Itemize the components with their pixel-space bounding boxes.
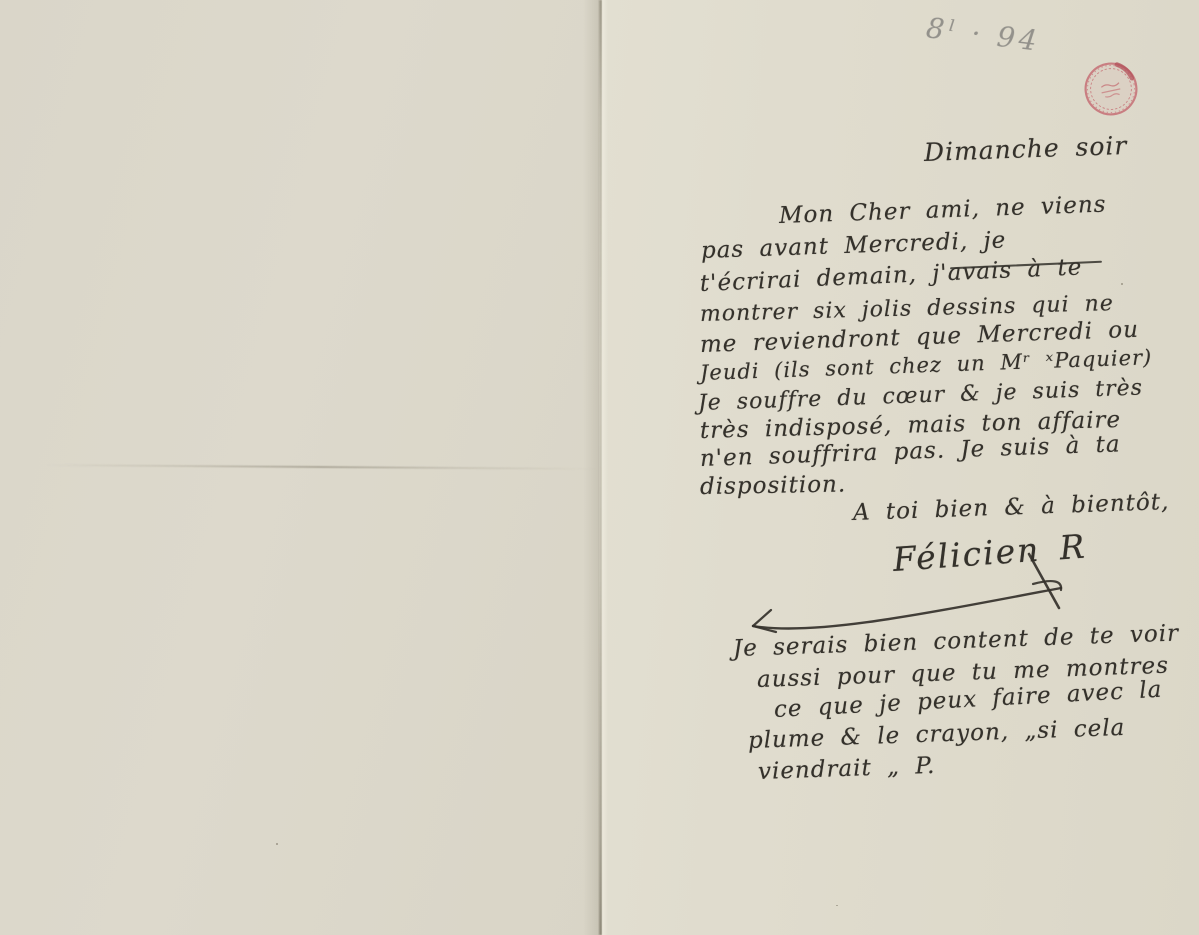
paper-speck — [1121, 283, 1123, 285]
paper-speck — [276, 843, 278, 845]
fold-highlight — [602, 0, 608, 935]
paper-speck — [836, 905, 838, 906]
letter-scan: 8ˡ · 94 Dimanche soir Mon Cher ami, ne v… — [0, 0, 1199, 935]
letter-line: disposition. — [700, 471, 847, 500]
library-stamp-icon — [1077, 55, 1146, 124]
